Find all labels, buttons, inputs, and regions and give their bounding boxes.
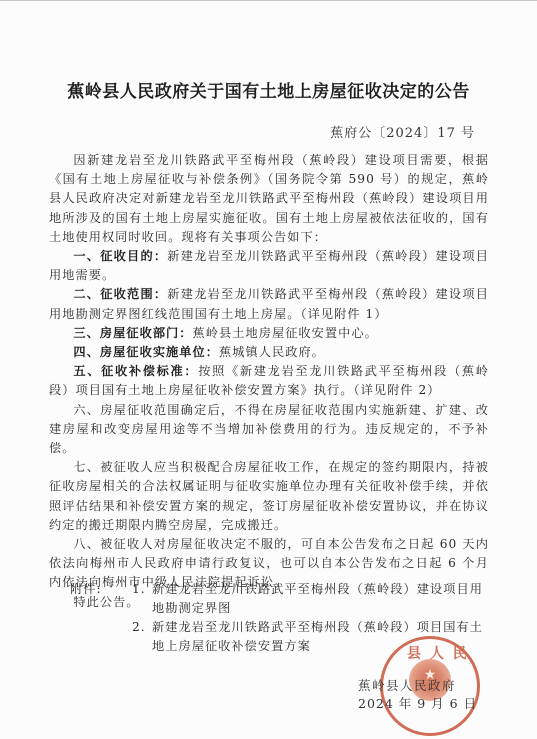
intro-paragraph: 因新建龙岩至龙川铁路武平至梅州段（蕉岭段）建设项目需要，根据《国有土地上房屋征收… (49, 151, 489, 247)
item-4-text: 蕉城镇人民政府。 (219, 345, 325, 359)
item-3: 三、房屋征收部门：蕉岭县土地房屋征收安置中心。 (49, 324, 489, 343)
item-4: 四、房屋征收实施单位：蕉城镇人民政府。 (49, 343, 489, 362)
item-7: 七、被征收人应当积极配合房屋征收工作，在规定的签约期限内，持被征收房屋相关的合法… (49, 458, 489, 535)
item-2: 二、征收范围：新建龙岩至龙川铁路武平至梅州段（蕉岭段）建设项目用地勘测定界图红线… (49, 285, 489, 323)
item-1-heading: 一、征收目的： (73, 249, 167, 263)
item-5-heading: 五、征收补偿标准： (73, 364, 198, 378)
signature-date: 2024 年 9 月 6 日 (358, 694, 477, 712)
seal-top-text: 县 人 民 (407, 643, 469, 663)
attachment-number: 2. (132, 618, 152, 656)
document-number: 蕉府公〔2024〕17 号 (330, 122, 475, 141)
item-3-text: 蕉岭县土地房屋征收安置中心。 (193, 326, 378, 340)
attachment-number: 1. (132, 580, 152, 618)
item-6: 六、房屋征收范围确定后，不得在房屋征收范围内实施新建、扩建、改建房屋和改变房屋用… (49, 401, 489, 459)
item-3-heading: 三、房屋征收部门： (73, 326, 192, 340)
item-1: 一、征收目的：新建龙岩至龙川铁路武平至梅州段（蕉岭段）建设项目用地需要。 (49, 247, 489, 285)
document-body: 因新建龙岩至龙川铁路武平至梅州段（蕉岭段）建设项目需要，根据《国有土地上房屋征收… (49, 151, 489, 612)
document-title: 蕉岭县人民政府关于国有土地上房屋征收决定的公告 (0, 77, 537, 102)
signature: 蕉岭县人民政府 (358, 676, 456, 694)
item-5: 五、征收补偿标准：按照《新建龙岩至龙川铁路武平至梅州段（蕉岭段）项目国有土地上房… (49, 362, 489, 400)
attachments-label: 附件: (70, 580, 132, 618)
item-2-heading: 二、征收范围： (73, 287, 167, 301)
attachment-1: 附件: 1. 新建龙岩至龙川铁路武平至梅州段（蕉岭段）建设项目用地勘测定界图 (70, 580, 490, 618)
top-border (0, 0, 537, 1)
attachment-text: 新建龙岩至龙川铁路武平至梅州段（蕉岭段）建设项目用地勘测定界图 (152, 580, 490, 618)
item-4-heading: 四、房屋征收实施单位： (73, 345, 219, 359)
